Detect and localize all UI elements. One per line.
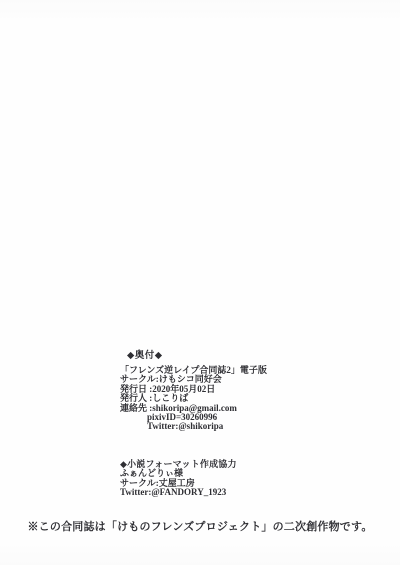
derivative-work-notice: ※この合同誌は「けものフレンズプロジェクト」の二次創作物です。 <box>0 518 400 534</box>
format-credits-block: ◆小説フォーマット作成協力 ふぁんどりぃ様 サークル:丈屋工房 Twitter:… <box>120 460 237 498</box>
colophon-page: ◆奥付◆ 「フレンズ逆レイプ合同誌2」電子版 サークル:けもシコ同好会 発行日 … <box>0 0 400 565</box>
colophon-heading: ◆奥付◆ <box>127 347 163 361</box>
publication-info-block: 「フレンズ逆レイプ合同誌2」電子版 サークル:けもシコ同好会 発行日 :2020… <box>120 366 267 432</box>
twitter-handle: Twitter:@shikoripa <box>120 422 267 431</box>
credit-twitter: Twitter:@FANDORY_1923 <box>120 488 237 497</box>
